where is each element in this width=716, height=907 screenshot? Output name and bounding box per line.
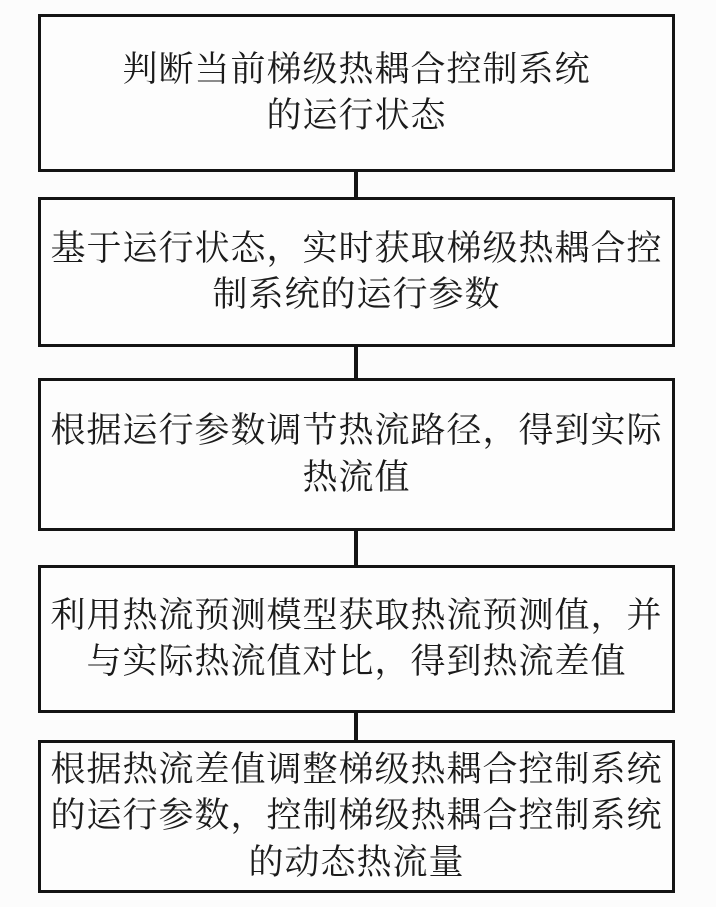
flow-step-3-line-1: 根据运行参数调节热流路径，得到实际: [50, 408, 662, 454]
flow-step-5-line-2: 的运行参数，控制梯级热耦合控制系统: [50, 793, 662, 839]
connector-line-2: [354, 347, 358, 378]
connector-line-1: [354, 172, 358, 197]
flow-step-2: 基于运行状态，实时获取梯级热耦合控 制系统的运行参数: [38, 197, 675, 347]
connector-line-4: [354, 713, 358, 740]
flow-step-5-line-3: 的动态热流量: [248, 840, 464, 886]
flow-step-2-line-2: 制系统的运行参数: [212, 272, 500, 318]
flow-step-5-line-1: 根据热流差值调整梯级热耦合控制系统: [50, 747, 662, 793]
flow-step-4: 利用热流预测模型获取热流预测值，并 与实际热流值对比，得到热流差值: [38, 565, 675, 713]
flow-step-4-line-1: 利用热流预测模型获取热流预测值，并: [50, 593, 662, 639]
flow-step-3-line-2: 热流值: [302, 455, 410, 501]
flow-step-3: 根据运行参数调节热流路径，得到实际 热流值: [38, 378, 675, 531]
connector-line-3: [354, 531, 358, 565]
flowchart-page: 判断当前梯级热耦合控制系统 的运行状态 基于运行状态，实时获取梯级热耦合控 制系…: [0, 0, 716, 907]
flow-step-5: 根据热流差值调整梯级热耦合控制系统 的运行参数，控制梯级热耦合控制系统 的动态热…: [38, 740, 675, 893]
flow-step-1-line-1: 判断当前梯级热耦合控制系统: [122, 47, 590, 93]
flow-step-1: 判断当前梯级热耦合控制系统 的运行状态: [38, 14, 675, 172]
flow-step-2-line-1: 基于运行状态，实时获取梯级热耦合控: [50, 226, 662, 272]
flow-step-1-line-2: 的运行状态: [266, 93, 446, 139]
flow-step-4-line-2: 与实际热流值对比，得到热流差值: [86, 639, 626, 685]
